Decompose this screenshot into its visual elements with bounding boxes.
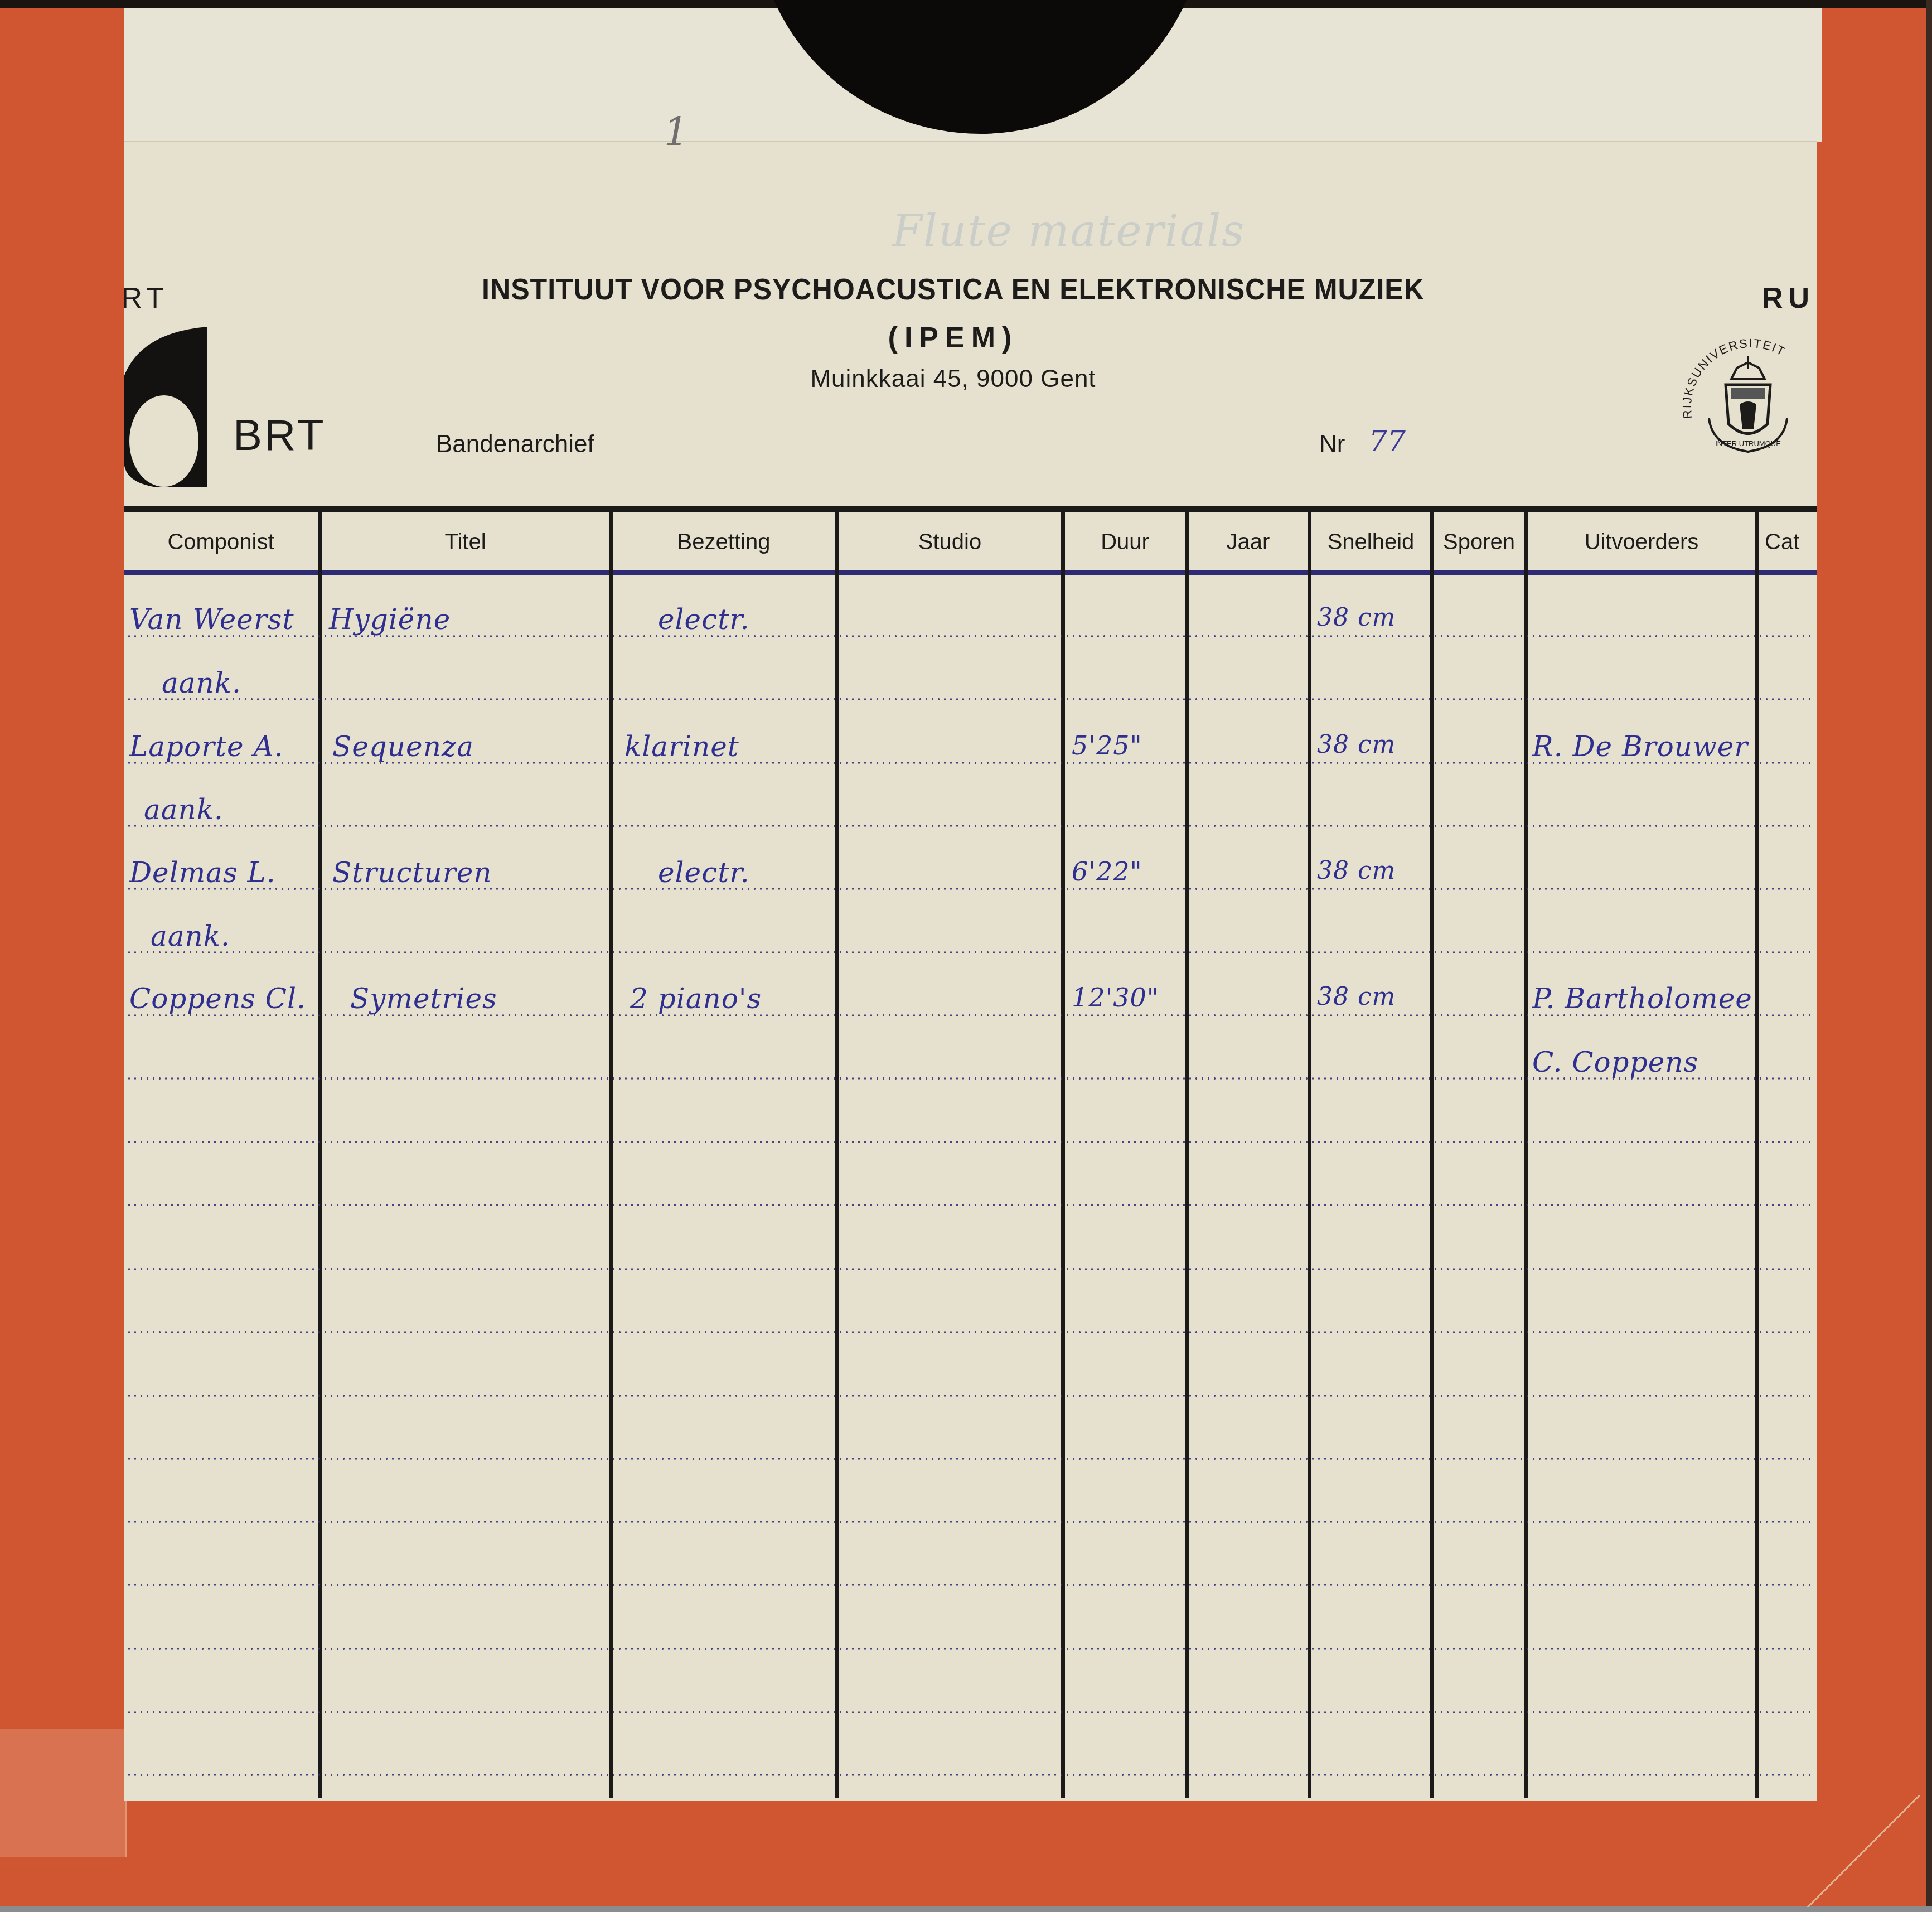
column-header-uitvoerders: Uitvoerders — [1528, 530, 1755, 558]
number-value: 77 — [1369, 425, 1406, 458]
adhesive-tape-bottom-left — [0, 1729, 127, 1857]
row-line — [126, 951, 1815, 953]
column-divider — [318, 512, 322, 1798]
entry-titel: Hygiëne — [329, 603, 451, 636]
column-divider — [1308, 512, 1311, 1798]
entry-componist: Laporte A. — [129, 730, 284, 763]
row-line — [126, 1521, 1815, 1523]
column-divider — [1755, 512, 1759, 1798]
row-line — [126, 1331, 1815, 1333]
entry-titel: Structuren — [332, 856, 492, 889]
column-header-jaar: Jaar — [1189, 530, 1308, 558]
column-header-cat: Cat — [1765, 530, 1817, 558]
brt-logo-icon — [124, 327, 217, 487]
row-line — [126, 1711, 1815, 1713]
svg-text:RIJKSUNIVERSITEIT: RIJKSUNIVERSITEIT — [1680, 336, 1788, 419]
archive-label: Bandenarchief — [436, 430, 594, 458]
partial-ru-text: RU — [1762, 282, 1815, 315]
number-label: Nr — [1319, 430, 1345, 458]
entry-duur: 5'25" — [1072, 730, 1142, 761]
column-header-studio: Studio — [839, 530, 1061, 558]
column-divider — [609, 512, 613, 1798]
entry-uitvoerder: R. De Brouwer — [1532, 730, 1748, 763]
column-divider — [1185, 512, 1189, 1798]
row-line — [126, 1141, 1815, 1143]
entry-componist: Coppens Cl. — [129, 982, 306, 1015]
entry-duur: 12'30" — [1072, 982, 1159, 1013]
entry-componist-note: aank. — [144, 793, 224, 826]
column-divider — [1061, 512, 1065, 1798]
bottom-edge — [0, 1906, 1932, 1912]
entry-componist: Delmas L. — [129, 856, 276, 889]
institute-acronym: (IPEM) — [124, 321, 1783, 355]
institute-address: Muinkkaai 45, 9000 Gent — [124, 365, 1783, 393]
row-line — [126, 1648, 1815, 1650]
entry-snelheid: 38 cm — [1317, 603, 1396, 632]
row-line — [126, 1204, 1815, 1206]
entry-titel: Sequenza — [332, 730, 474, 763]
entry-bezetting: 2 piano's — [630, 982, 762, 1015]
entry-titel: Symetries — [350, 982, 497, 1015]
column-header-duur: Duur — [1065, 530, 1185, 558]
row-line — [126, 1458, 1815, 1460]
seal-motto: INTER UTRUMQUE — [1715, 439, 1781, 448]
entry-componist-note: aank. — [151, 920, 230, 952]
table-top-rule — [124, 506, 1817, 512]
entry-uitvoerder: C. Coppens — [1532, 1046, 1698, 1078]
partial-brt-text: RT — [124, 282, 168, 315]
corner-fold-bottom-right — [1801, 1795, 1926, 1907]
seal-text: RIJKSUNIVERSITEIT — [1680, 336, 1788, 419]
entry-bezetting: electr. — [658, 603, 750, 636]
entry-componist-note: aank. — [162, 667, 241, 699]
row-line — [126, 1395, 1815, 1397]
column-header-bezetting: Bezetting — [613, 530, 835, 558]
column-divider — [1430, 512, 1434, 1798]
column-header-snelheid: Snelheid — [1311, 530, 1430, 558]
column-divider — [1524, 512, 1528, 1798]
bleed-through-note: Flute materials — [892, 206, 1245, 256]
table-header-rule — [124, 570, 1817, 575]
entry-bezetting: electr. — [658, 856, 750, 889]
entry-uitvoerder: P. Bartholomee — [1532, 982, 1752, 1015]
entry-duur: 6'22" — [1072, 856, 1142, 887]
row-line — [126, 1584, 1815, 1586]
column-divider — [835, 512, 839, 1798]
row-line — [126, 1268, 1815, 1270]
right-dark-edge — [1926, 0, 1932, 1912]
entry-componist: Van Weerst — [129, 603, 294, 636]
university-seal-icon: RIJKSUNIVERSITEIT INTER UTRUMQUE — [1678, 335, 1818, 474]
column-header-sporen: Sporen — [1434, 530, 1524, 558]
column-header-titel: Titel — [322, 530, 609, 558]
entry-snelheid: 38 cm — [1317, 730, 1396, 759]
institute-title: INSTITUUT VOOR PSYCHOACUSTICA EN ELEKTRO… — [182, 272, 1725, 307]
row-line — [126, 825, 1815, 827]
entry-snelheid: 38 cm — [1317, 982, 1396, 1011]
column-header-componist: Componist — [124, 530, 318, 558]
row-line — [126, 698, 1815, 700]
entry-snelheid: 38 cm — [1317, 856, 1396, 885]
row-line — [126, 1774, 1815, 1776]
brt-logo-label: BRT — [233, 410, 326, 461]
entry-bezetting: klarinet — [624, 730, 739, 763]
